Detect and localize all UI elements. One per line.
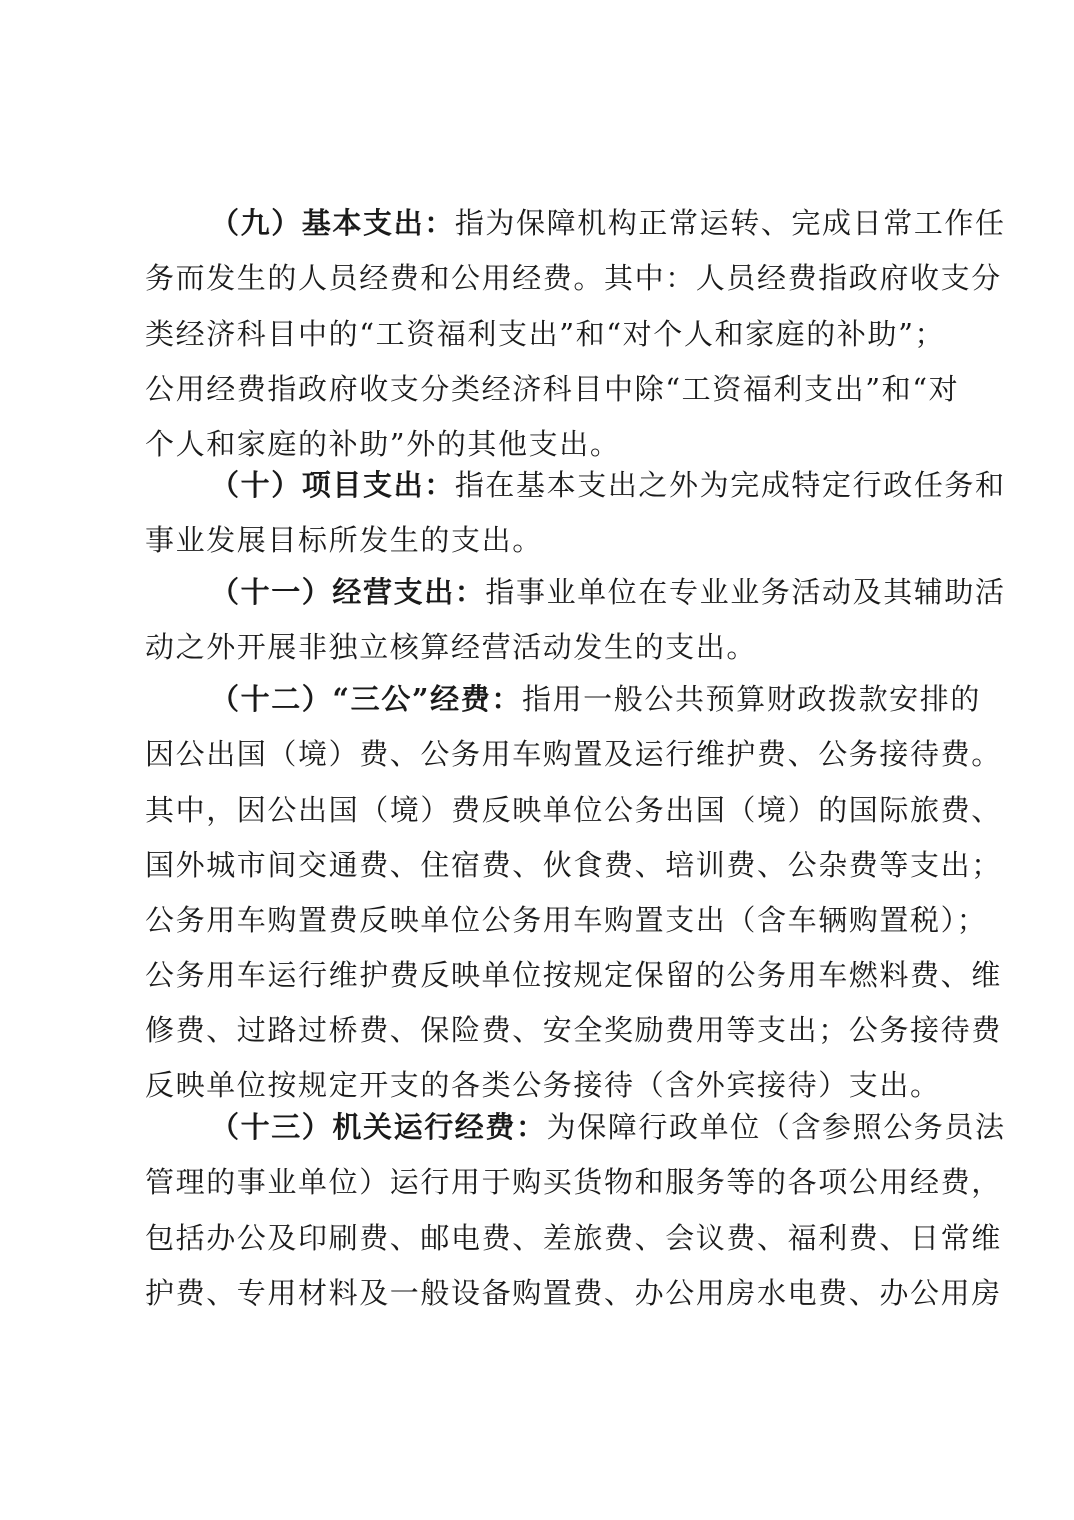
paragraph-12-line-7: 修费、过路过桥费、保险费、安全奖励费用等支出；公务接待费 [145,1010,940,1050]
paragraph-12-line-6: 公务用车运行维护费反映单位按规定保留的公务用车燃料费、维 [145,955,940,995]
paragraph-9-line-4: 公用经费指政府收支分类经济科目中除“工资福利支出”和“对 [145,369,940,409]
paragraph-9-heading: （九）基本支出： [210,206,455,240]
paragraph-13-line-2: 管理的事业单位）运行用于购买货物和服务等的各项公用经费， [145,1162,940,1202]
paragraph-12-line-1: （十二）“三公”经费：指用一般公共预算财政拨款安排的 [210,679,940,719]
paragraph-9-text: 指为保障机构正常运转、完成日常工作任 [455,206,1006,240]
paragraph-12-line-5: 公务用车购置费反映单位公务用车购置支出（含车辆购置税）； [145,900,940,940]
paragraph-11-heading: （十一）经营支出： [210,575,485,609]
paragraph-9-line-5: 个人和家庭的补助”外的其他支出。 [145,424,940,464]
paragraph-10-heading: （十）项目支出： [210,468,455,502]
paragraph-10-line-2: 事业发展目标所发生的支出。 [145,520,940,560]
paragraph-9-line-1: （九）基本支出：指为保障机构正常运转、完成日常工作任 [210,203,940,243]
paragraph-10-text: 指在基本支出之外为完成特定行政任务和 [455,468,1006,502]
paragraph-12-heading: （十二）“三公”经费： [210,682,522,716]
paragraph-12-line-8: 反映单位按规定开支的各类公务接待（含外宾接待）支出。 [145,1065,940,1105]
paragraph-11-line-1: （十一）经营支出：指事业单位在专业业务活动及其辅助活 [210,572,940,612]
paragraph-12-text: 指用一般公共预算财政拨款安排的 [522,682,981,716]
paragraph-11-line-2: 动之外开展非独立核算经营活动发生的支出。 [145,627,940,667]
paragraph-13-text: 为保障行政单位（含参照公务员法 [547,1110,1006,1144]
paragraph-12-line-2: 因公出国（境）费、公务用车购置及运行维护费、公务接待费。 [145,734,940,774]
paragraph-13-line-4: 护费、专用材料及一般设备购置费、办公用房水电费、办公用房 [145,1273,940,1313]
paragraph-9-line-2: 务而发生的人员经费和公用经费。其中：人员经费指政府收支分 [145,258,940,298]
paragraph-13-heading: （十三）机关运行经费： [210,1110,547,1144]
paragraph-12-line-4: 国外城市间交通费、住宿费、伙食费、培训费、公杂费等支出； [145,845,940,885]
document-page: （九）基本支出：指为保障机构正常运转、完成日常工作任 务而发生的人员经费和公用经… [0,0,1074,1520]
paragraph-12-line-3: 其中，因公出国（境）费反映单位公务出国（境）的国际旅费、 [145,790,940,830]
paragraph-9-line-3: 类经济科目中的“工资福利支出”和“对个人和家庭的补助”； [145,314,940,354]
paragraph-13-line-3: 包括办公及印刷费、邮电费、差旅费、会议费、福利费、日常维 [145,1218,940,1258]
paragraph-11-text: 指事业单位在专业业务活动及其辅助活 [485,575,1005,609]
paragraph-13-line-1: （十三）机关运行经费：为保障行政单位（含参照公务员法 [210,1107,940,1147]
paragraph-10-line-1: （十）项目支出：指在基本支出之外为完成特定行政任务和 [210,465,940,505]
